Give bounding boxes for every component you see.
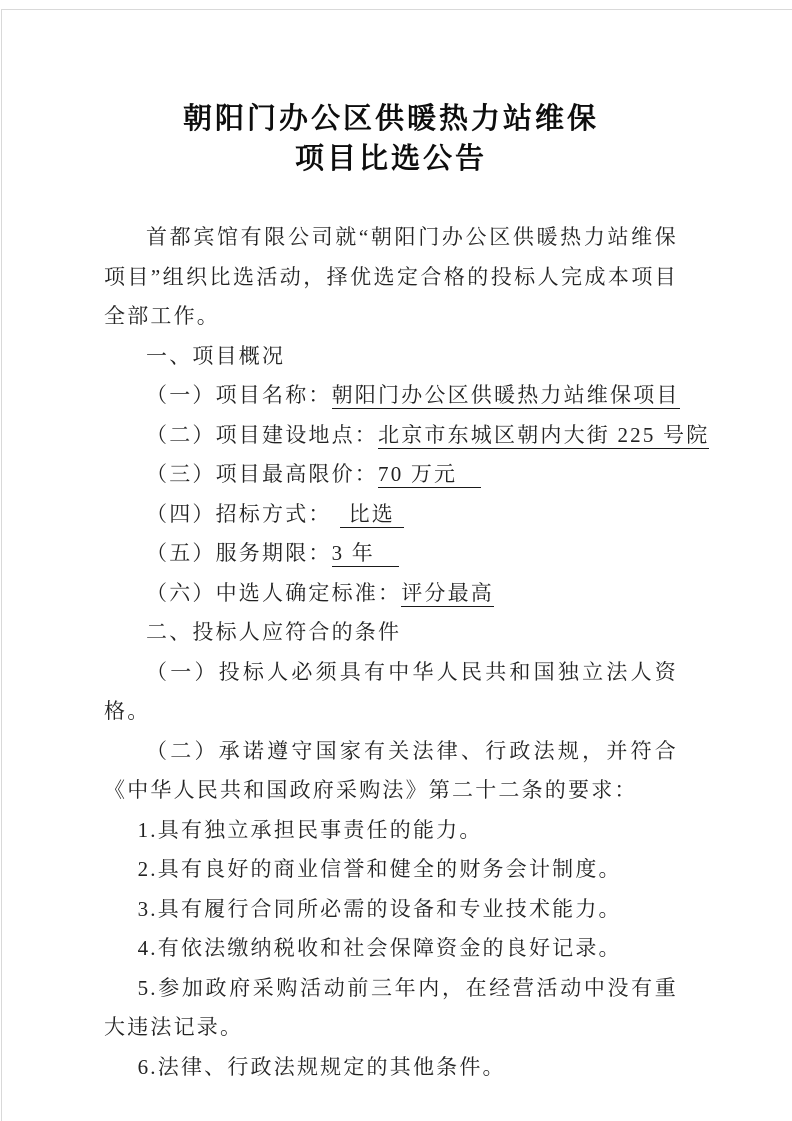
project-location-label: （二）项目建设地点： — [146, 423, 378, 447]
document-content: 朝阳门办公区供暖热力站维保 项目比选公告 首都宾馆有限公司就“朝阳门办公区供暖热… — [2, 10, 792, 1087]
document-title: 朝阳门办公区供暖热力站维保 项目比选公告 — [104, 100, 678, 179]
document-page: 朝阳门办公区供暖热力站维保 项目比选公告 首都宾馆有限公司就“朝阳门办公区供暖热… — [1, 9, 792, 1121]
project-location-value: 北京市东城区朝内大街 225 号院 — [378, 423, 709, 449]
condition-item-6: 6.法律、行政法规规定的其他条件。 — [104, 1048, 678, 1088]
winner-criteria-label: （六）中选人确定标准： — [146, 581, 401, 605]
condition-item-3: 3.具有履行合同所必需的设备和专业技术能力。 — [104, 890, 678, 930]
condition-item-4: 4.有依法缴纳税收和社会保障资金的良好记录。 — [104, 929, 678, 969]
price-limit-value: 70 万元 — [378, 462, 481, 488]
winner-criteria-value: 评分最高 — [401, 581, 494, 607]
service-term-label: （五）服务期限： — [146, 541, 332, 565]
bid-method-value: 比选 — [340, 502, 404, 528]
section-1-heading: 一、项目概况 — [104, 337, 678, 377]
condition-item-5: 5.参加政府采购活动前三年内，在经营活动中没有重大违法记录。 — [104, 969, 678, 1048]
condition-item-2: 2.具有良好的商业信誉和健全的财务会计制度。 — [104, 850, 678, 890]
price-limit-label: （三）项目最高限价： — [146, 462, 378, 486]
condition-paragraph-2: （二）承诺遵守国家有关法律、行政法规，并符合《中华人民共和国政府采购法》第二十二… — [104, 732, 678, 811]
condition-item-1: 1.具有独立承担民事责任的能力。 — [104, 811, 678, 851]
title-line-1: 朝阳门办公区供暖热力站维保 — [104, 100, 678, 140]
service-term-row: （五）服务期限：3 年 — [104, 534, 678, 574]
condition-paragraph-1: （一）投标人必须具有中华人民共和国独立法人资格。 — [104, 653, 678, 732]
intro-paragraph: 首都宾馆有限公司就“朝阳门办公区供暖热力站维保项目”组织比选活动，择优选定合格的… — [104, 218, 678, 337]
bid-method-row: （四）招标方式：比选 — [104, 495, 678, 535]
bid-method-label: （四）招标方式： — [146, 502, 332, 526]
project-location-row: （二）项目建设地点：北京市东城区朝内大街 225 号院 — [104, 416, 678, 456]
project-name-value: 朝阳门办公区供暖热力站维保项目 — [332, 383, 680, 409]
project-name-label: （一）项目名称： — [146, 383, 332, 407]
project-name-row: （一）项目名称：朝阳门办公区供暖热力站维保项目 — [104, 376, 678, 416]
service-term-value: 3 年 — [332, 541, 399, 567]
price-limit-row: （三）项目最高限价：70 万元 — [104, 455, 678, 495]
title-line-2: 项目比选公告 — [104, 140, 678, 180]
winner-criteria-row: （六）中选人确定标准：评分最高 — [104, 574, 678, 614]
section-2-heading: 二、投标人应符合的条件 — [104, 613, 678, 653]
